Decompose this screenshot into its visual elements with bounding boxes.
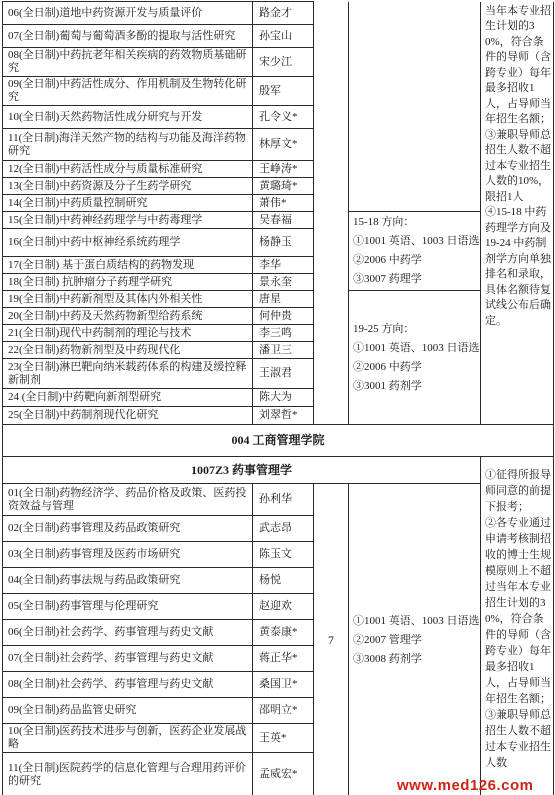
exam-subject-line: ①1001 英语、1003 日语选一 [353, 339, 478, 358]
research-direction-row: 19(全日制)中药新剂型及其体内外相关性唐星19-25 方向：①1001 英语、… [3, 291, 554, 308]
admission-quota: 7 [314, 484, 349, 795]
supervisor-cell: 吴春福 [253, 212, 314, 229]
direction-cell: 21(全日制)现代中药制剂的理论与技术 [3, 325, 253, 342]
supervisor-cell: 王英* [253, 724, 314, 753]
exam-subject-line: ②2006 中药学 [353, 358, 478, 377]
direction-cell: 22(全日制)药物新剂型及中药现代化 [3, 342, 253, 359]
supervisor-cell: 刘翠哲* [253, 407, 314, 425]
supervisor-cell: 王峥涛* [253, 161, 314, 178]
direction-cell: 23(全日制)淋巴靶向纳米载药体系的构建及缓控释新制剂 [3, 359, 253, 389]
supervisor-cell: 王淑君 [253, 359, 314, 389]
supervisor-cell: 孙宝山 [253, 25, 314, 48]
direction-cell: 11(全日制)医院药学的信息化管理与合理用药评价的研究 [3, 753, 253, 795]
college-header-row: 004 工商管理学院 [3, 425, 554, 457]
direction-cell: 18(全日制) 抗肿瘤分子药理学研究 [3, 274, 253, 291]
supervisor-cell: 路金才 [253, 2, 314, 25]
research-direction-row: 15(全日制)中药神经药理学与中药毒理学吴春福15-18 方向：①1001 英语… [3, 212, 554, 229]
direction-cell: 10(全日制)天然药物活性成分研究与开发 [3, 106, 253, 129]
direction-cell: 05(全日制)药事管理与伦理研究 [3, 594, 253, 620]
direction-cell: 09(全日制)中药活性成分、作用机制及生物转化研究 [3, 77, 253, 106]
exam-subject-line: ②2007 管理学 [353, 631, 478, 650]
direction-cell: 20(全日制)中药及天然药物新型给药系统 [3, 308, 253, 325]
program-header-row: 1007Z3 药事管理学①征得所报导师同意的前提下报考； ②各专业通过申请考核制… [3, 457, 554, 484]
direction-cell: 06(全日制)社会药学、药事管理与药史文献 [3, 620, 253, 646]
direction-cell: 16(全日制)中药中枢神经系统药理学 [3, 229, 253, 257]
direction-cell: 07(全日制)葡萄与葡萄酒多酚的提取与活性研究 [3, 25, 253, 48]
exam-subject-line: ③3007 药理学 [353, 270, 478, 289]
program-header: 1007Z3 药事管理学 [3, 457, 481, 484]
direction-cell: 08(全日制)中药抗老年相关疾病的药效物质基础研究 [3, 48, 253, 77]
exam-subjects-cell: 19-25 方向：①1001 英语、1003 日语选一②2006 中药学③300… [349, 291, 481, 425]
direction-cell: 06(全日制)道地中药资源开发与质量评价 [3, 2, 253, 25]
supervisor-cell: 杨静玉 [253, 229, 314, 257]
supervisor-cell: 林厚文* [253, 129, 314, 161]
direction-cell: 15(全日制)中药神经药理学与中药毒理学 [3, 212, 253, 229]
direction-cell: 13(全日制)中药资源及分子生药学研究 [3, 178, 253, 195]
supervisor-cell: 李三鸣 [253, 325, 314, 342]
admissions-table: 06(全日制)道地中药资源开发与质量评价路金才当年本专业招生计划的30%，符合条… [2, 1, 554, 795]
direction-cell: 17(全日制) 基于蛋白质结构的药物发现 [3, 257, 253, 274]
supervisor-cell: 邵明立* [253, 698, 314, 724]
exam-subject-line: ①1001 英语、1003 日语选一 [353, 232, 478, 251]
exam-subject-line: ②2006 中药学 [353, 251, 478, 270]
quota-cell-continued [314, 2, 349, 425]
direction-cell: 12(全日制)中药活性成分与质量标准研究 [3, 161, 253, 178]
table-body: 06(全日制)道地中药资源开发与质量评价路金才当年本专业招生计划的30%，符合条… [3, 2, 554, 795]
notes-cell: ①征得所报导师同意的前提下报考； ②各专业通过申请考核制招收的博士生规模原则上不… [481, 457, 554, 795]
supervisor-cell: 黄璐琦* [253, 178, 314, 195]
research-direction-row: 06(全日制)道地中药资源开发与质量评价路金才当年本专业招生计划的30%，符合条… [3, 2, 554, 25]
college-header: 004 工商管理学院 [3, 425, 554, 457]
direction-cell: 11(全日制)海洋天然产物的结构与功能及海洋药物研究 [3, 129, 253, 161]
supervisor-cell: 武志昂 [253, 516, 314, 542]
supervisor-cell: 孙利华 [253, 484, 314, 516]
notes-cell-continued: 当年本专业招生计划的30%，符合条件的导师（含跨专业）每年最多招收1人，占导师当… [481, 2, 554, 425]
supervisor-cell: 李华 [253, 257, 314, 274]
supervisor-cell: 唐星 [253, 291, 314, 308]
direction-cell: 03(全日制)药事管理及医药市场研究 [3, 542, 253, 568]
document-page: 06(全日制)道地中药资源开发与质量评价路金才当年本专业招生计划的30%，符合条… [0, 0, 555, 795]
watermark: www.med126.com [397, 777, 534, 794]
exam-subject-line: ③3008 药剂学 [353, 650, 478, 669]
direction-cell: 09(全日制)药品监管史研究 [3, 698, 253, 724]
direction-cell: 04(全日制)药事法规与药品政策研究 [3, 568, 253, 594]
research-direction-row: 01(全日制)药物经济学、药品价格及政策、医药投资效益与管理孙利华7①1001 … [3, 484, 554, 516]
supervisor-cell: 桑国卫* [253, 672, 314, 698]
supervisor-cell: 景永奎 [253, 274, 314, 291]
supervisor-cell: 潘卫三 [253, 342, 314, 359]
direction-cell: 24 (全日制)中药靶向新剂型研究 [3, 389, 253, 407]
supervisor-cell: 黄泰康* [253, 620, 314, 646]
exam-subjects-cell: ①1001 英语、1003 日语选一②2007 管理学③3008 药剂学 [349, 484, 481, 795]
supervisor-cell: 宋少江 [253, 48, 314, 77]
exam-cell-continued [349, 2, 481, 212]
direction-cell: 14(全日制)中药质量控制研究 [3, 195, 253, 212]
supervisor-cell: 何仲贵 [253, 308, 314, 325]
exam-subjects-cell: 15-18 方向：①1001 英语、1003 日语选一②2006 中药学③300… [349, 212, 481, 291]
direction-cell: 07(全日制)社会药学、药事管理与药史文献 [3, 646, 253, 672]
supervisor-cell: 孔令义* [253, 106, 314, 129]
supervisor-cell: 陈玉文 [253, 542, 314, 568]
supervisor-cell: 陈大为 [253, 389, 314, 407]
supervisor-cell: 殷军 [253, 77, 314, 106]
exam-subject-line: ①1001 英语、1003 日语选一 [353, 612, 478, 631]
supervisor-cell: 孟威宏* [253, 753, 314, 795]
exam-subject-line: ③3001 药剂学 [353, 377, 478, 396]
direction-cell: 19(全日制)中药新剂型及其体内外相关性 [3, 291, 253, 308]
supervisor-cell: 萧伟* [253, 195, 314, 212]
direction-cell: 02(全日制)药事管理及药品政策研究 [3, 516, 253, 542]
direction-cell: 25(全日制)中药制剂现代化研究 [3, 407, 253, 425]
supervisor-cell: 赵迎欢 [253, 594, 314, 620]
direction-cell: 08(全日制)社会药学、药事管理与药史文献 [3, 672, 253, 698]
exam-direction-heading: 19-25 方向： [353, 320, 478, 339]
direction-cell: 01(全日制)药物经济学、药品价格及政策、医药投资效益与管理 [3, 484, 253, 516]
supervisor-cell: 蒋正华* [253, 646, 314, 672]
exam-direction-heading: 15-18 方向： [353, 213, 478, 232]
supervisor-cell: 杨悦 [253, 568, 314, 594]
direction-cell: 10(全日制)医药技术进步与创新，医药企业发展战略 [3, 724, 253, 753]
